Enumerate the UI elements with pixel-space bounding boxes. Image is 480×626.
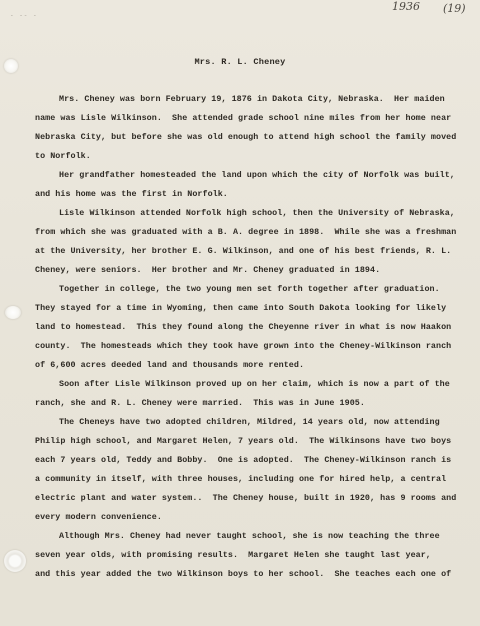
- punch-hole-icon: [5, 306, 21, 319]
- text-line: county. The homesteads which they took h…: [35, 337, 445, 356]
- text-line: Nebraska City, but before she was old en…: [35, 128, 445, 147]
- text-line: Cheney, were seniors. Her brother and Mr…: [35, 261, 445, 280]
- text-line: electric plant and water system.. The Ch…: [35, 489, 445, 508]
- text-line: at the University, her brother E. G. Wil…: [35, 242, 445, 261]
- text-line: Philip high school, and Margaret Helen, …: [35, 432, 445, 451]
- document-body: Mrs. Cheney was born February 19, 1876 i…: [35, 90, 445, 584]
- document-page: - -- - 1936 (19) Mrs. R. L. Cheney Mrs. …: [0, 0, 480, 626]
- smudge-mark: - -- -: [10, 12, 38, 19]
- text-line: ranch, she and R. L. Cheney were married…: [35, 394, 445, 413]
- handwritten-year: 1936: [392, 0, 420, 13]
- reinforced-punch-hole-icon: [4, 550, 26, 572]
- text-line: each 7 years old, Teddy and Bobby. One i…: [35, 451, 445, 470]
- text-line: from which she was graduated with a B. A…: [35, 223, 445, 242]
- paragraph-first-line: Her grandfather homesteaded the land upo…: [35, 166, 445, 185]
- document-title: Mrs. R. L. Cheney: [0, 57, 480, 67]
- text-line: of 6,600 acres deeded land and thousands…: [35, 356, 445, 375]
- text-line: land to homestead. This they found along…: [35, 318, 445, 337]
- paragraph-first-line: Although Mrs. Cheney had never taught sc…: [35, 527, 445, 546]
- handwritten-page-marker: (19): [443, 2, 466, 15]
- text-line: name was Lisle Wilkinson. She attended g…: [35, 109, 445, 128]
- paragraph-first-line: Mrs. Cheney was born February 19, 1876 i…: [35, 90, 445, 109]
- text-line: They stayed for a time in Wyoming, then …: [35, 299, 445, 318]
- text-line: every modern convenience.: [35, 508, 445, 527]
- text-line: to Norfolk.: [35, 147, 445, 166]
- text-line: seven year olds, with promising results.…: [35, 546, 445, 565]
- paragraph-first-line: Together in college, the two young men s…: [35, 280, 445, 299]
- paragraph-first-line: Lisle Wilkinson attended Norfolk high sc…: [35, 204, 445, 223]
- paragraph-first-line: The Cheneys have two adopted children, M…: [35, 413, 445, 432]
- text-line: and his home was the first in Norfolk.: [35, 185, 445, 204]
- paragraph-first-line: Soon after Lisle Wilkinson proved up on …: [35, 375, 445, 394]
- text-line: a community in itself, with three houses…: [35, 470, 445, 489]
- text-line: and this year added the two Wilkinson bo…: [35, 565, 445, 584]
